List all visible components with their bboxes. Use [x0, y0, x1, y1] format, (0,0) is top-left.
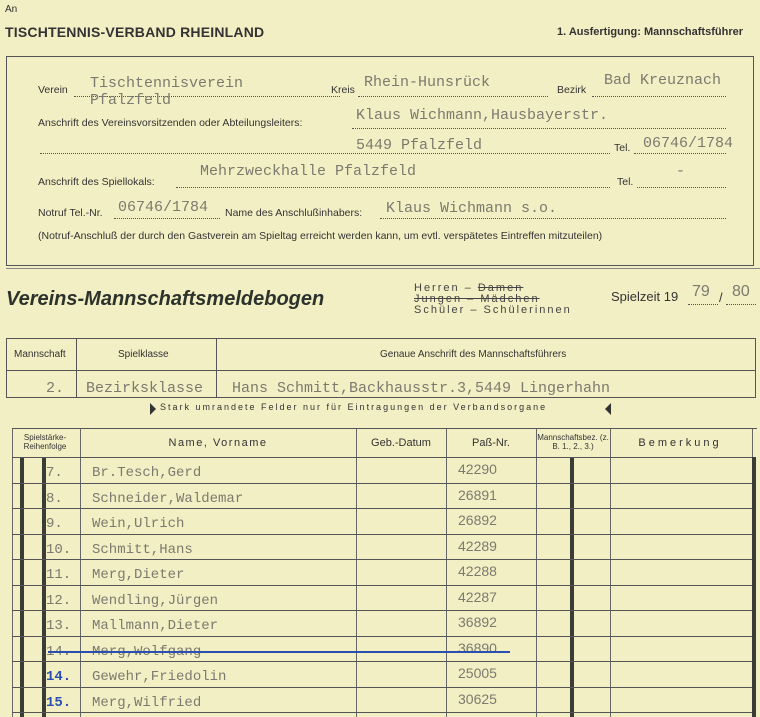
row-divider — [12, 636, 752, 637]
name-cell[interactable]: Br.Tesch,Gerd — [92, 465, 201, 481]
name-cell[interactable]: Merg,Dieter — [92, 567, 184, 583]
emergency-value[interactable]: 06746/1784 — [118, 199, 208, 216]
bezirk-line — [592, 90, 726, 97]
class-value[interactable]: Bezirksklasse — [86, 380, 203, 397]
rank-cell[interactable]: 9. — [46, 516, 63, 532]
name-header: Name, Vorname — [80, 437, 356, 449]
category-schueler[interactable]: Schüler – Schülerinnen — [414, 305, 572, 316]
emergency-label: Notruf Tel.-Nr. — [38, 207, 103, 219]
column-divider — [12, 429, 13, 717]
team-row-divider — [6, 370, 756, 371]
divider — [6, 268, 760, 269]
pass-cell[interactable]: 42290 — [458, 461, 497, 477]
pass-cell[interactable]: 42289 — [458, 538, 497, 554]
pass-header: Paß-Nr. — [446, 437, 536, 449]
team-header: Mannschaft — [14, 349, 66, 360]
pass-cell[interactable]: 36890 — [458, 640, 497, 656]
column-divider — [446, 429, 447, 717]
form-title: Vereins-Mannschaftsmeldebogen — [6, 288, 324, 311]
arrow-left-icon — [605, 403, 611, 415]
name-cell[interactable]: Wendling,Jürgen — [92, 593, 218, 609]
row-divider — [12, 610, 752, 611]
column-divider — [536, 429, 537, 717]
row-divider — [12, 585, 752, 586]
rank-header: Spielstärke-Reihenfolge — [12, 433, 78, 451]
season-start[interactable]: 79 — [692, 283, 710, 301]
dob-header: Geb.-Datum — [356, 437, 446, 449]
chairman-line-2 — [40, 147, 610, 154]
rank-cell[interactable]: 8. — [46, 491, 63, 507]
name-cell[interactable]: Schneider,Waldemar — [92, 491, 243, 507]
row-divider — [12, 712, 752, 713]
column-divider — [610, 429, 611, 717]
pass-cell[interactable]: 42287 — [458, 589, 497, 605]
venue-line — [176, 181, 610, 188]
verein-value[interactable]: Tischtennisverein — [90, 75, 243, 92]
row-divider — [12, 483, 752, 484]
chairman-tel-value[interactable]: 06746/1784 — [643, 135, 733, 152]
rank-cell[interactable]: 13. — [46, 618, 71, 634]
pass-cell[interactable]: 25005 — [458, 665, 497, 681]
kreis-line — [358, 90, 548, 97]
pass-cell[interactable]: 42288 — [458, 563, 497, 579]
captain-value[interactable]: Hans Schmitt,Backhausstr.3,5449 Lingerha… — [232, 380, 610, 397]
name-cell[interactable]: Schmitt,Hans — [92, 542, 193, 558]
rank-cell[interactable]: 12. — [46, 593, 71, 609]
venue-label: Anschrift des Spiellokals: — [38, 176, 155, 188]
copy-label: 1. Ausfertigung: Mannschaftsführer — [557, 26, 743, 38]
pass-cell[interactable]: 36892 — [458, 614, 497, 630]
pass-cell[interactable]: 26892 — [458, 512, 497, 528]
team-col-divider-1 — [76, 338, 77, 398]
verein-label: Verein — [38, 84, 68, 96]
category-selector: Herren – Damen Jungen – Mädchen Schüler … — [414, 283, 572, 316]
team-value[interactable]: 2. — [46, 380, 64, 397]
name-cell[interactable]: Gewehr,Friedolin — [92, 669, 226, 685]
recipient-label: An — [5, 4, 17, 15]
chairman-value[interactable]: Klaus Wichmann,Hausbayerstr. — [356, 107, 608, 124]
bezirk-value[interactable]: Bad Kreuznach — [604, 72, 721, 89]
name-cell[interactable]: Wein,Ulrich — [92, 516, 184, 532]
venue-tel-value[interactable]: - — [676, 163, 685, 180]
row-divider — [12, 661, 752, 662]
header-divider — [12, 457, 752, 458]
official-border — [570, 457, 574, 717]
row-divider — [12, 687, 752, 688]
remark-header: Bemerkung — [610, 437, 750, 449]
official-border — [20, 457, 24, 717]
venue-tel-line — [637, 181, 726, 188]
row-divider — [12, 508, 752, 509]
name-cell[interactable]: Mallmann,Dieter — [92, 618, 218, 634]
rank-cell[interactable]: 14. — [46, 669, 71, 685]
chairman-value-2[interactable]: 5449 Pfalzfeld — [356, 137, 482, 154]
name-cell[interactable]: Merg,Wilfried — [92, 695, 201, 711]
season-label: Spielzeit 19 — [611, 289, 678, 304]
official-border — [752, 457, 756, 717]
class-header: Spielklasse — [118, 349, 169, 360]
arrow-right-icon — [150, 403, 156, 415]
season-slash: / — [719, 290, 723, 305]
venue-tel-label: Tel. — [617, 176, 633, 188]
holder-label: Name des Anschlußinhabers: — [225, 207, 362, 219]
chairman-label: Anschrift des Vereinsvorsitzenden oder A… — [38, 117, 302, 129]
strikethrough-line — [48, 651, 510, 653]
official-use-note: Stark umrandete Felder nur für Eintragun… — [160, 402, 547, 412]
rank-cell[interactable]: 7. — [46, 465, 63, 481]
pass-cell[interactable]: 26891 — [458, 487, 497, 503]
chairman-tel-label: Tel. — [614, 142, 630, 154]
team-col-divider-2 — [216, 338, 217, 398]
row-divider — [12, 559, 752, 560]
captain-header: Genaue Anschrift des Mannschaftsführers — [380, 349, 566, 360]
organization-name: TISCHTENNIS-VERBAND RHEINLAND — [5, 24, 264, 40]
column-divider — [356, 429, 357, 717]
column-divider — [80, 429, 81, 717]
venue-value[interactable]: Mehrzweckhalle Pfalzfeld — [200, 163, 416, 180]
rank-cell[interactable]: 15. — [46, 695, 71, 711]
emergency-note: (Notruf-Anschluß der durch den Gastverei… — [38, 230, 602, 242]
pass-cell[interactable]: 30625 — [458, 691, 497, 707]
holder-value[interactable]: Klaus Wichmann s.o. — [386, 200, 557, 217]
verein-value-2[interactable]: Pfalzfeld — [90, 92, 171, 109]
team-ref-header: Mannschaftsbez. (z. B. 1., 2., 3.) — [536, 433, 610, 451]
rank-cell[interactable]: 11. — [46, 567, 71, 583]
row-divider — [12, 534, 752, 535]
kreis-label: Kreis — [331, 84, 355, 96]
players-table: Spielstärke-Reihenfolge Name, Vorname Ge… — [12, 428, 757, 717]
season-end[interactable]: 80 — [732, 283, 750, 301]
rank-cell[interactable]: 10. — [46, 542, 71, 558]
kreis-value[interactable]: Rhein-Hunsrück — [364, 74, 490, 91]
bezirk-label: Bezirk — [557, 84, 586, 96]
